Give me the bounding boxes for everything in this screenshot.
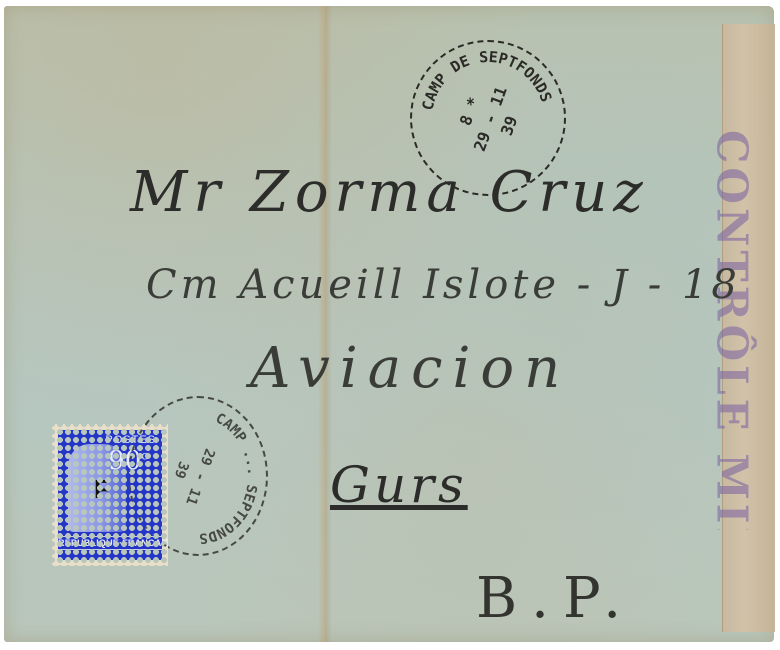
postage-stamp: POSTES 90c F REPUBLIQUE·FRANCAISE	[52, 424, 168, 566]
address-recipient: Mr Zorma Cruz	[130, 160, 649, 225]
stamp-overprint: F	[94, 474, 110, 505]
envelope-fold	[318, 6, 332, 642]
address-unit: Aviacion	[250, 336, 570, 401]
address-city: Gurs	[330, 456, 468, 514]
address-postal-note: B.P.	[476, 566, 635, 631]
stamp-value: 90c	[108, 446, 148, 476]
postmark-year: 39	[171, 459, 192, 480]
address-camp-section: Cm Acueill Islote - J - 18	[146, 262, 741, 308]
stamp-header: POSTES	[105, 434, 156, 446]
stamp-country: REPUBLIQUE·FRANCAISE	[58, 536, 162, 550]
censor-stamp: CONTRÔLE MILITAIRE	[702, 130, 762, 530]
